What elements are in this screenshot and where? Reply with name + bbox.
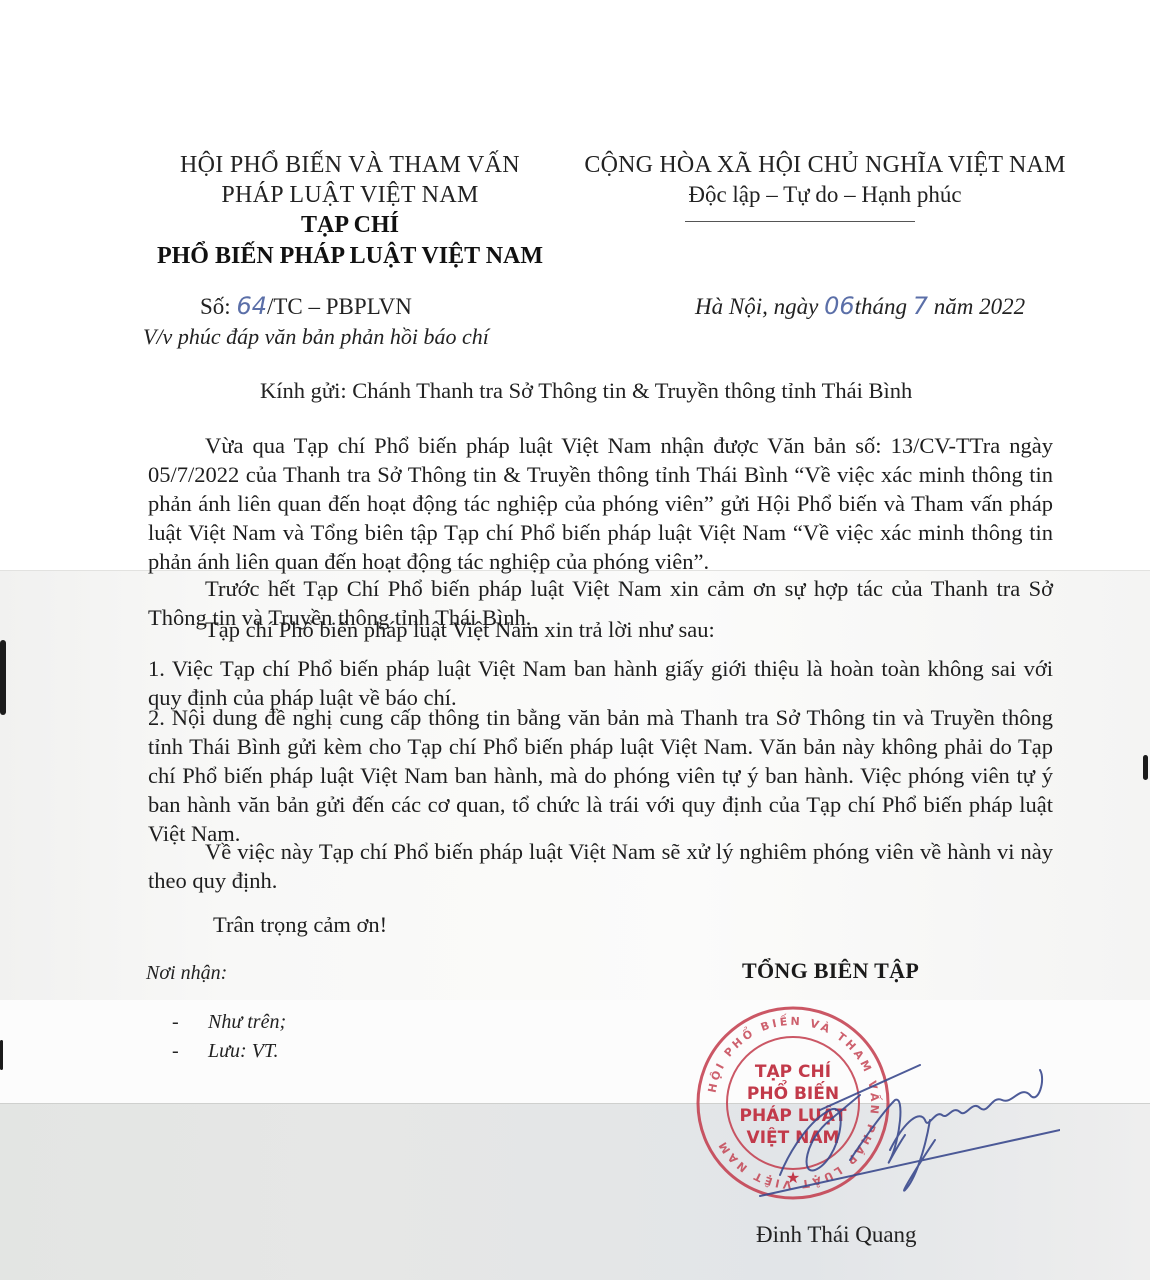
document-number: Số: 64/TC – PBPLVN	[200, 292, 412, 320]
signer-title: TỔNG BIÊN TẬP	[742, 958, 919, 984]
edge-shadow-left	[0, 640, 6, 715]
paragraph-text: Vừa qua Tạp chí Phổ biến pháp luật Việt …	[148, 431, 1053, 576]
issuer-parent-org-2: PHÁP LUẬT VIỆT NAM	[130, 180, 570, 210]
edge-shadow-right	[1143, 755, 1148, 780]
national-header: CỘNG HÒA XÃ HỘI CHỦ NGHĨA VIỆT NAM Độc l…	[570, 150, 1080, 210]
document-date: Hà Nội, ngày 06tháng 7 năm 2022	[695, 292, 1025, 320]
doc-number-prefix: Số:	[200, 294, 236, 319]
body-paragraph-4: Về việc này Tạp chí Phổ biến pháp luật V…	[148, 837, 1053, 895]
recipients-label: Nơi nhận:	[146, 962, 227, 985]
body-paragraph-3: Tạp chí Phổ biến pháp luật Việt Nam xin …	[148, 615, 1053, 644]
doc-number-handwritten: 64	[236, 292, 267, 320]
paragraph-text: Tạp chí Phổ biến pháp luật Việt Nam xin …	[148, 615, 1053, 644]
paragraph-text: Về việc này Tạp chí Phổ biến pháp luật V…	[148, 837, 1053, 895]
body-paragraph-1: Vừa qua Tạp chí Phổ biến pháp luật Việt …	[148, 431, 1053, 576]
paragraph-text: 2. Nội dung đề nghị cung cấp thông tin b…	[148, 703, 1053, 848]
bullet-dash: -	[172, 1011, 208, 1034]
signer-name: Đinh Thái Quang	[756, 1222, 917, 1248]
doc-number-suffix: /TC – PBPLVN	[267, 294, 412, 319]
date-place: Hà Nội, ngày	[695, 294, 824, 319]
header-divider	[685, 221, 915, 222]
recipient-text: Lưu: VT.	[208, 1040, 279, 1062]
handwritten-signature-icon	[720, 1000, 1060, 1200]
date-year: năm 2022	[928, 294, 1025, 319]
date-day-handwritten: 06	[824, 292, 855, 320]
date-month-handwritten: 7	[913, 292, 928, 320]
bullet-dash: -	[172, 1040, 208, 1063]
recipient-item: -Lưu: VT.	[172, 1040, 279, 1063]
issuer-name: TẠP CHÍ	[130, 210, 570, 241]
document-subject: V/v phúc đáp văn bản phản hồi báo chí	[143, 324, 489, 350]
national-motto: Độc lập – Tự do – Hạnh phúc	[570, 180, 1080, 210]
edge-shadow-left-lower	[0, 1040, 3, 1070]
salutation: Kính gửi: Chánh Thanh tra Sở Thông tin &…	[260, 378, 912, 404]
issuer-header: HỘI PHỔ BIẾN VÀ THAM VẤN PHÁP LUẬT VIỆT …	[130, 150, 570, 272]
national-title: CỘNG HÒA XÃ HỘI CHỦ NGHĨA VIỆT NAM	[570, 150, 1080, 180]
closing-thanks: Trân trọng cảm ơn!	[213, 912, 387, 938]
issuer-parent-org: HỘI PHỔ BIẾN VÀ THAM VẤN	[130, 150, 570, 180]
body-item-2: 2. Nội dung đề nghị cung cấp thông tin b…	[148, 703, 1053, 848]
recipient-text: Như trên;	[208, 1011, 286, 1033]
date-month-label: tháng	[855, 294, 913, 319]
issuer-name-2: PHỔ BIẾN PHÁP LUẬT VIỆT NAM	[130, 241, 570, 272]
recipient-item: -Như trên;	[172, 1011, 286, 1034]
